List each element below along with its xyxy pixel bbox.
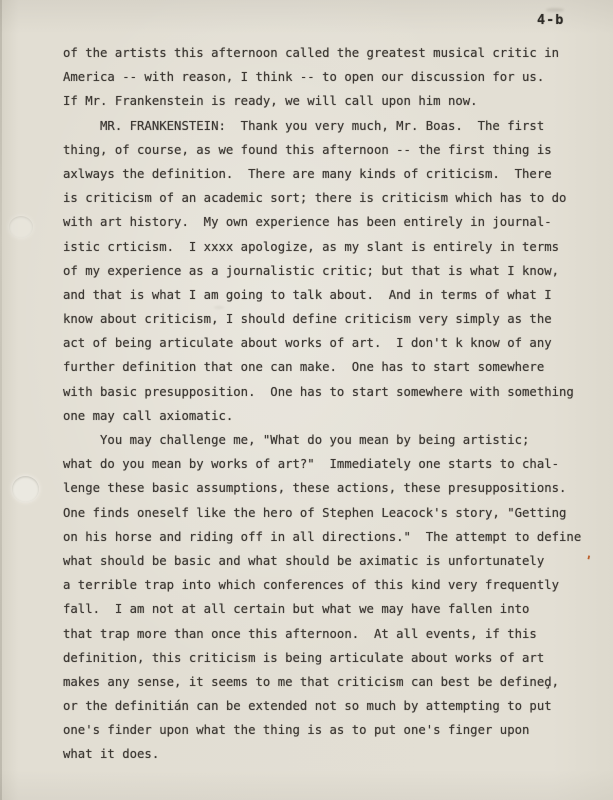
hole-punch <box>9 216 33 238</box>
text-line: of the artists this afternoon called the… <box>63 41 593 65</box>
text-line: act of being articulate about works of a… <box>63 331 593 355</box>
text-line: istic crticism. I xxxx apologize, as my … <box>63 235 593 259</box>
text-line: further definition that one can make. On… <box>63 355 593 379</box>
text-line: know about criticism, I should define cr… <box>63 307 593 331</box>
text-line: one's finder upon what the thing is as t… <box>63 718 593 742</box>
text-line: of my experience as a journalistic criti… <box>63 259 593 283</box>
text-line: MR. FRANKENSTEIN: Thank you very much, M… <box>63 114 593 138</box>
text-line: what do you mean by works of art?" Immed… <box>63 452 593 476</box>
text-line: makes any sense, it seems to me that cri… <box>63 670 593 694</box>
text-line: is criticism of an academic sort; there … <box>63 186 593 210</box>
text-line: fall. I am not at all certain but what w… <box>63 597 593 621</box>
text-line: and that is what I am going to talk abou… <box>63 283 593 307</box>
text-line: If Mr. Frankenstein is ready, we will ca… <box>63 89 593 113</box>
text-line: that trap more than once this afternoon.… <box>63 622 593 646</box>
scanned-document-page: 4-b of the artists this afternoon called… <box>0 0 613 800</box>
typewritten-text-block: of the artists this afternoon called the… <box>63 41 593 767</box>
text-line: thing, of course, as we found this after… <box>63 138 593 162</box>
text-line: what it does. <box>63 742 593 766</box>
hole-punch <box>12 476 39 502</box>
text-line: definition, this criticism is being arti… <box>63 646 593 670</box>
text-line: with basic presupposition. One has to st… <box>63 380 593 404</box>
text-line: one may call axiomatic. <box>63 404 593 428</box>
text-line: lenge these basic assumptions, these act… <box>63 476 593 500</box>
text-line: on his horse and riding off in all direc… <box>63 525 593 549</box>
scan-shadow-bottom <box>0 770 613 800</box>
text-line: One finds oneself like the hero of Steph… <box>63 501 593 525</box>
text-line: America -- with reason, I think -- to op… <box>63 65 593 89</box>
text-line: axlways the definition. There are many k… <box>63 162 593 186</box>
text-line: or the definitián can be extended not so… <box>63 694 593 718</box>
page-number: 4-b <box>537 12 564 28</box>
text-line: what should be basic and what should be … <box>63 549 593 573</box>
paper-left-edge <box>0 0 2 800</box>
text-line: You may challenge me, "What do you mean … <box>63 428 593 452</box>
scan-shadow-top <box>0 0 613 34</box>
text-line: a terrible trap into which conferences o… <box>63 573 593 597</box>
text-line: with art history. My own experience has … <box>63 210 593 234</box>
